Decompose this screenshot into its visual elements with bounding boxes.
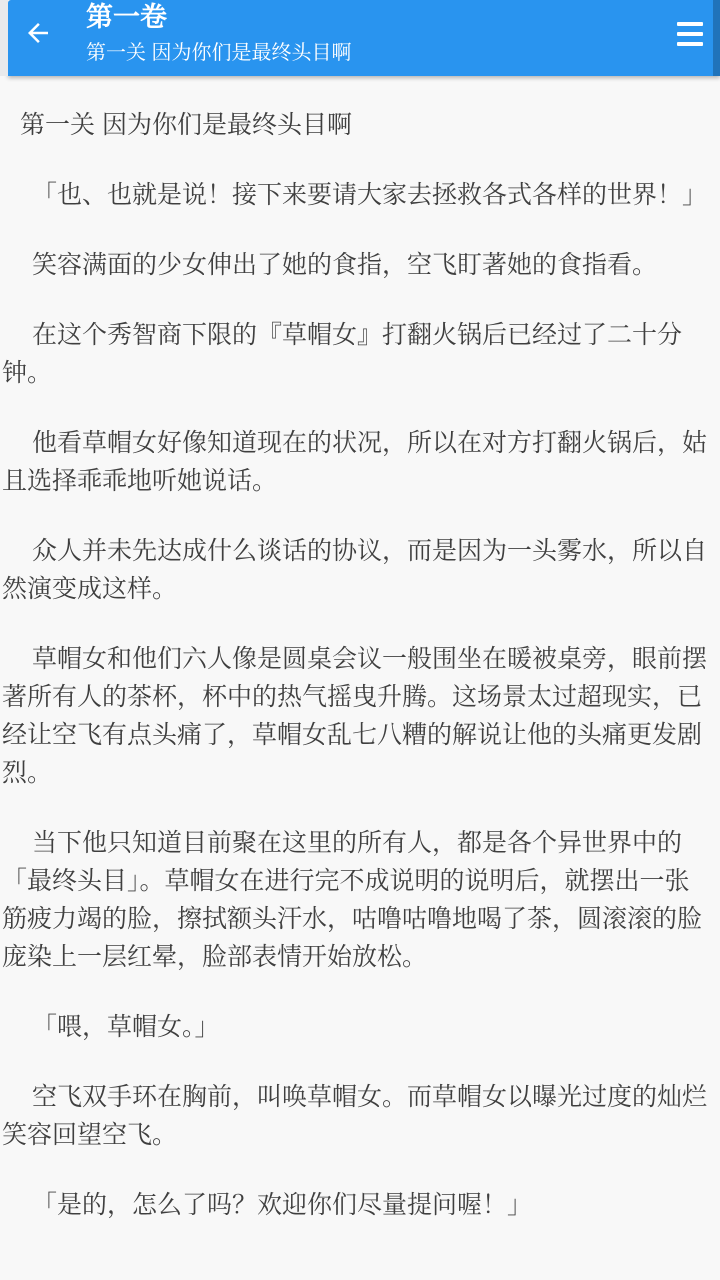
prev-page-edge [0, 0, 8, 76]
back-button[interactable] [8, 0, 60, 76]
paragraph: 当下他只知道目前聚在这里的所有人，都是各个异世界中的「最终头目」。草帽女在进行完… [2, 824, 714, 976]
paragraph: 「也、也就是说！接下来要请大家去拯救各式各样的世界！」 [2, 176, 714, 214]
paragraph: 「是的，怎么了吗？欢迎你们尽量提问喔！」 [2, 1186, 714, 1224]
reader-screen: 第一卷 第一关 因为你们是最终头目啊 第一关 因为你们是最终头目啊 「也、也就是… [0, 0, 720, 1280]
paragraph: 在这个秀智商下限的『草帽女』打翻火锅后已经过了二十分钟。 [2, 316, 714, 392]
menu-button[interactable] [677, 0, 703, 46]
hamburger-menu-icon [677, 22, 703, 46]
paragraph: 众人并未先达成什么谈话的协议，而是因为一头雾水，所以自然演变成这样。 [2, 532, 714, 608]
arrow-left-icon [23, 18, 53, 48]
paragraph: 空飞双手环在胸前，叫唤草帽女。而草帽女以曝光过度的灿烂笑容回望空飞。 [2, 1078, 714, 1154]
paragraph: 「喂，草帽女。」 [2, 1008, 714, 1046]
paragraph-list: 「也、也就是说！接下来要请大家去拯救各式各样的世界！」笑容满面的少女伸出了她的食… [2, 176, 714, 1224]
paragraph: 他看草帽女好像知道现在的状况，所以在对方打翻火锅后，姑且选择乖乖地听她说话。 [2, 424, 714, 500]
chapter-subtitle: 第一关 因为你们是最终头目啊 [86, 42, 352, 64]
reader-content[interactable]: 第一关 因为你们是最终头目啊 「也、也就是说！接下来要请大家去拯救各式各样的世界… [0, 76, 720, 1224]
volume-title: 第一卷 [86, 3, 352, 31]
header-titles: 第一卷 第一关 因为你们是最终头目啊 [86, 0, 352, 64]
next-page-edge-shadow [713, 0, 720, 76]
paragraph: 笑容满面的少女伸出了她的食指，空飞盯著她的食指看。 [2, 246, 714, 284]
paragraph: 草帽女和他们六人像是圆桌会议一般围坐在暖被桌旁，眼前摆著所有人的茶杯，杯中的热气… [2, 640, 714, 792]
app-header: 第一卷 第一关 因为你们是最终头目啊 [8, 0, 720, 76]
chapter-heading: 第一关 因为你们是最终头目啊 [2, 106, 714, 144]
